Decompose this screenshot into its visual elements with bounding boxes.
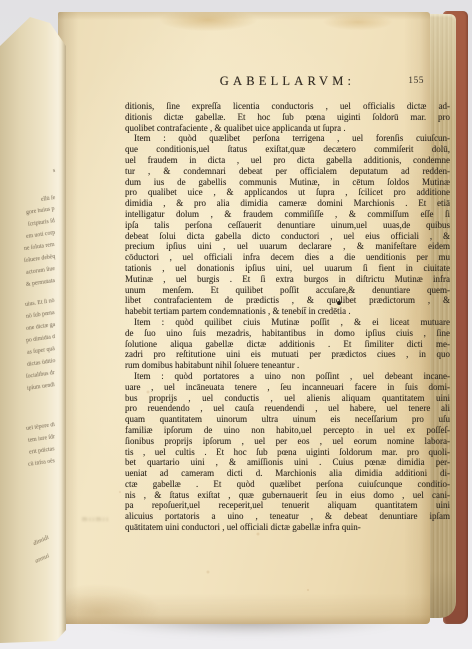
text-line: rum domibus habitabunt nihil ſoluere ten… <box>125 360 450 371</box>
margin-fragment: ſcripturis ſd <box>28 218 55 228</box>
text-line: Item : quòd quælibet perſona terrigena ,… <box>125 133 450 144</box>
margin-fragment: one dictæ ga <box>25 322 55 332</box>
text-line: Item : quòd quilibet ciuis Mutinæ poſſit… <box>125 317 450 328</box>
text-line: precium ipſius uini , uel uuarum declara… <box>125 241 450 252</box>
margin-fragment: ipſum uendi <box>27 382 55 392</box>
book-photo: GABELLARVM: 155 ditionis, ſine expreſſa … <box>0 0 472 649</box>
text-line: tur , & condemnari debeat per officialem… <box>125 166 450 177</box>
text-line: ditionis dictæ gabellæ. Et hoc ſub pœna … <box>125 112 450 123</box>
margin-fragment: ne ſoluta rem <box>24 242 55 252</box>
ink-dot <box>337 301 341 305</box>
text-line: pro reuendendo , uel cauſa reuendendi , … <box>125 403 450 414</box>
text-line: ipſa talis perſona ceſſauerit denuntiare… <box>125 220 450 231</box>
text-line: de ſuo uino ſuis mezadris, habitantibus … <box>125 328 450 339</box>
margin-fragment: nō ſub pœna <box>26 310 55 320</box>
text-line: dum ius de gabellis communis Mutinæ, in … <box>125 177 450 188</box>
margin-fragment: dimidi <box>33 535 51 547</box>
text-line: ſolutione aliqua gabellæ dictæ additioni… <box>125 339 450 350</box>
text-line: libet contrafacientem de prædictis , & q… <box>125 295 450 306</box>
text-line: ditionis, ſine expreſſa licentia conduct… <box>125 101 450 112</box>
margin-fragment: s <box>52 168 55 174</box>
text-line: intelligatur dolum , & fraudem commiſiſſ… <box>125 209 450 220</box>
text-line: que conditionis,uel ſtatus exiſtat,quæ d… <box>125 144 450 155</box>
show-through-mark: mıımıı <box>82 515 110 523</box>
paragraph: Item : quòd quilibet ciuis Mutinæ poſſit… <box>125 317 450 371</box>
margin-fragment: dictas ūditio <box>26 358 55 368</box>
margin-fragment: ſoluere debēq <box>23 254 55 264</box>
text-line: quam quantitatem uinorum ultra uinum eis… <box>125 414 450 425</box>
text-line: tis , uel cultis . Et hoc ſub pœna uigin… <box>125 447 450 458</box>
text-line: uare , uel incāneuata tenere , ſeu incan… <box>125 382 450 393</box>
text-line: quātitatem uini conductori , uel officia… <box>125 522 450 533</box>
margin-fragment: ellū ſe <box>40 195 55 203</box>
text-line: zadri pro reſtitutione uini eis mutuati … <box>125 349 450 360</box>
text-line: tationis , uel donationis ipſius uini, u… <box>125 263 450 274</box>
text-line: bet quartario uini , & amiſſionis uini .… <box>125 457 450 468</box>
text-line: debeat ſolui dicta gabella dicto conduct… <box>125 231 450 242</box>
margin-fragment: as ſuper quā <box>27 346 56 356</box>
text-line: nis , & ſtatus exiſtat , quæ gubernaueri… <box>125 490 450 501</box>
text-line: pro qualibet uice , & applicandos ut ſup… <box>125 187 450 198</box>
margin-fragment: tem iure ſdr <box>28 434 56 444</box>
text-line: cōductori , uel officiali infra decem di… <box>125 252 450 263</box>
margin-fragment: po dimidia d <box>25 334 55 344</box>
margin-fragment: actorum ſiue <box>26 266 56 276</box>
text-line: pa repoſuerit,uel receperit,uel tenuerit… <box>125 500 450 511</box>
margin-fragment: annui <box>35 553 51 565</box>
text-line: Item : quòd portatores a uino non poſſin… <box>125 371 450 382</box>
text-line: Mutinæ , uel burgis . Et ſi extra burgos… <box>125 274 450 285</box>
paragraph: Item : quòd portatores a uino non poſſin… <box>125 371 450 533</box>
page-number: 155 <box>408 76 424 86</box>
text-line: familiæ ipſorum de uino non habito,uel p… <box>125 425 450 436</box>
header-title: GABELLARVM: <box>125 74 450 89</box>
text-line: dimidia , & pro alia dimidia cameræ domi… <box>125 198 450 209</box>
margin-fragment: & permutata <box>26 278 56 288</box>
text-line: unum menſem. Et quilibet poſſit accuſare… <box>125 285 450 296</box>
text-line: habebit tertiam partem condemnationis , … <box>125 306 450 317</box>
text-line: alicuius portatoris a uino , teneatur , … <box>125 511 450 522</box>
text-line: bus proprijs , uel conductis , uel alien… <box>125 393 450 404</box>
text-line: ctæ gabellæ . Et quòd quælibet perſona c… <box>125 479 450 490</box>
margin-fragment: em uoti corp <box>25 230 55 240</box>
running-header: GABELLARVM: 155 <box>125 74 450 90</box>
paragraph: Item : quòd quælibet perſona terrigena ,… <box>125 133 450 317</box>
text-line: quolibet contrafaciente , & qualibet uic… <box>125 123 450 134</box>
text-block: ditionis, ſine expreſſa licentia conduct… <box>125 101 450 533</box>
facing-page-edge: sellū ſegore huius pſcripturis ſdem uoti… <box>0 0 66 649</box>
margin-fragment: ſocialibus dr <box>26 370 55 380</box>
text-line: ueniat ad cameram dicti d. Marchionis al… <box>125 468 450 479</box>
margin-fragment: uius. Et ſi nō <box>25 298 55 308</box>
book-page: GABELLARVM: 155 ditionis, ſine expreſſa … <box>58 12 430 624</box>
margin-fragment: cū infra oēs <box>28 458 56 468</box>
margin-fragment: erit pdictas <box>29 446 55 456</box>
text-line: ſionibus proprijs ipſorum , uel per eos … <box>125 436 450 447</box>
margin-fragment: uel tēpore di <box>26 422 56 432</box>
paragraph: ditionis, ſine expreſſa licentia conduct… <box>125 101 450 133</box>
margin-fragment: gore huius p <box>26 206 55 216</box>
text-line: uel fraudem in dicta , uel pro dicta gab… <box>125 155 450 166</box>
